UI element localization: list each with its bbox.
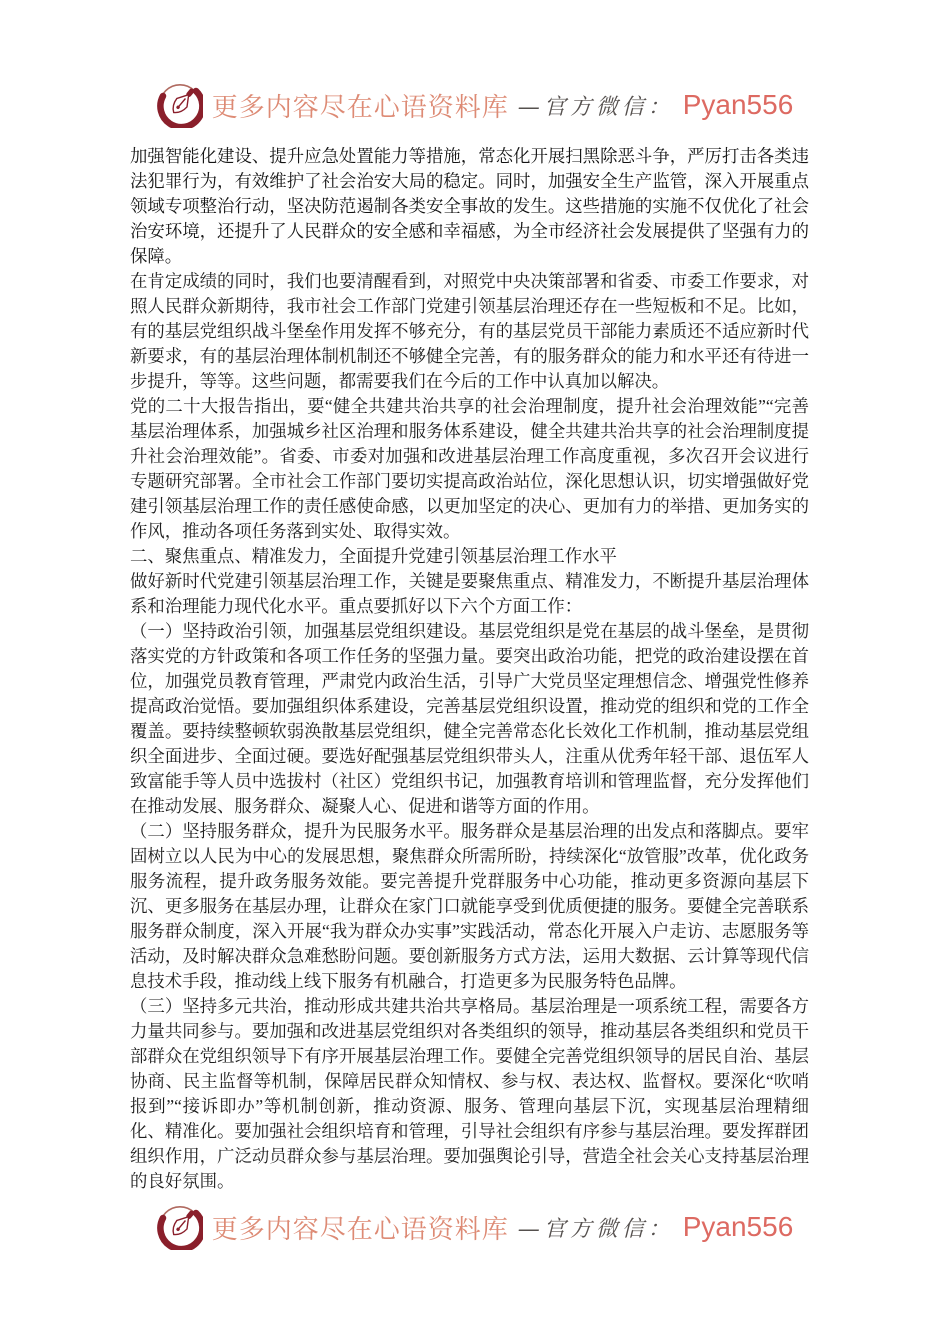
page: { "watermark": { "logo_icon": "pen-nib-c… [0,0,950,1344]
document-body: 加强智能化建设、提升应急处置能力等措施，常态化开展扫黑除恶斗争，严厉打击各类违法… [130,144,809,1194]
watermark-library-text: 更多内容尽在心语资料库 [212,87,509,124]
pen-nib-circle-icon [157,1204,203,1250]
pen-nib-circle-icon [157,82,203,128]
paragraph-item-one: （一）坚持政治引领，加强基层党组织建设。基层党组织是党在基层的战斗堡垒，是贯彻落… [130,619,809,819]
watermark-wechat-id: Pyan556 [683,1211,794,1243]
paragraph-item-three: （三）坚持多元共治，推动形成共建共治共享格局。基层治理是一项系统工程，需要各方力… [130,994,809,1194]
paragraph-shortcomings: 在肯定成绩的同时，我们也要清醒看到，对照党中央决策部署和省委、市委工作要求，对照… [130,269,809,394]
watermark-wechat-id: Pyan556 [683,89,794,121]
paragraph-item-two: （二）坚持服务群众，提升为民服务水平。服务群众是基层治理的出发点和落脚点。要牢固… [130,819,809,994]
paragraph-party-congress: 党的二十大报告指出，要“健全共建共治共享的社会治理制度，提升社会治理效能”“完善… [130,394,809,544]
header-watermark: 更多内容尽在心语资料库—官方微信：Pyan556 [0,82,950,128]
section-heading-two: 二、聚焦重点、精准发力，全面提升党建引领基层治理工作水平 [130,544,809,569]
watermark-wechat-label: —官方微信： [518,1212,674,1243]
paragraph-six-tasks-intro: 做好新时代党建引领基层治理工作，关键是要聚焦重点、精准发力，不断提升基层治理体系… [130,569,809,619]
paragraph-achievements: 加强智能化建设、提升应急处置能力等措施，常态化开展扫黑除恶斗争，严厉打击各类违法… [130,144,809,269]
watermark-library-text: 更多内容尽在心语资料库 [212,1209,509,1246]
footer-watermark: 更多内容尽在心语资料库—官方微信：Pyan556 [0,1204,950,1250]
watermark-wechat-label: —官方微信： [518,90,674,121]
